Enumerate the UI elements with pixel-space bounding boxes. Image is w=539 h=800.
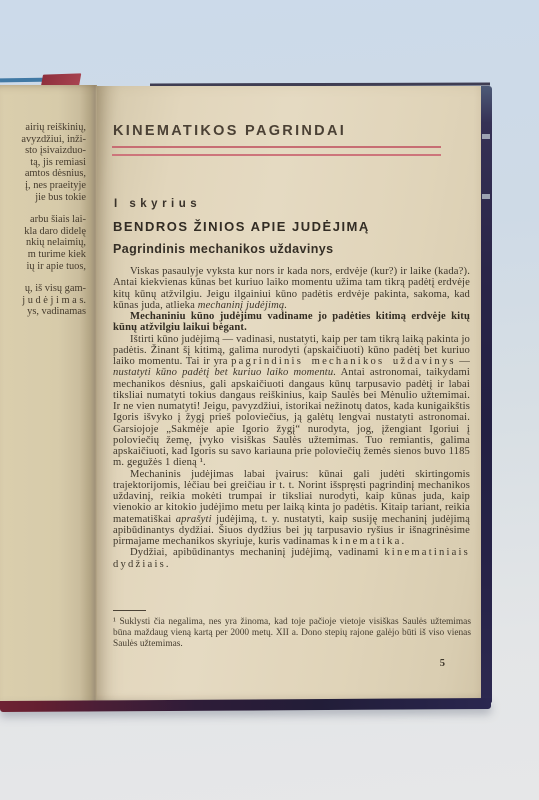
footnote-separator — [113, 610, 146, 611]
paragraph-segment: . — [402, 536, 405, 547]
left-page-text-fragment: ys, vadinamas — [0, 306, 86, 318]
paragraph: Mechaniniu kūno judėjimu vadiname jo pad… — [113, 311, 470, 334]
book-cover-edge-bottom — [0, 698, 491, 712]
left-page-text: airių reiškinių,avyzdžiui, inži-sto įsiv… — [0, 122, 86, 318]
paragraph-segment: Viskas pasaulyje vyksta kur nors ir kada… — [113, 266, 470, 311]
paragraph-segment: . — [166, 559, 169, 570]
paragraph-segment: Dydžiai, apibūdinantys mechaninį judėjim… — [130, 547, 384, 558]
left-page-text-fragment: arbu šiais lai- — [0, 214, 86, 226]
paragraph-segment: Mechaniniu kūno judėjimu vadiname jo pad… — [113, 311, 470, 333]
paragraph-segment: kinematika — [332, 536, 401, 547]
left-page: airių reiškinių,avyzdžiui, inži-sto įsiv… — [0, 85, 97, 705]
section-heading: Pagrindinis mechanikos uždavinys — [113, 242, 334, 256]
paragraph: Viskas pasaulyje vyksta kur nors ir kada… — [113, 266, 470, 311]
cover-edge-highlight — [482, 134, 490, 139]
paragraph-segment: mechaninį judėjimą. — [198, 300, 287, 311]
paragraph-segment: Antai astronomai, taikydami mechanikos d… — [113, 367, 470, 468]
paragraph: Dydžiai, apibūdinantys mechaninį judėjim… — [113, 547, 470, 570]
cover-edge-highlight — [482, 194, 490, 199]
left-page-text-fragment: nkių nelaimių, — [0, 237, 86, 249]
left-page-text-fragment: ų, iš visų gam- — [0, 283, 86, 295]
left-page-text-fragment: avyzdžiui, inži- — [0, 134, 86, 146]
left-page-text-fragment: kla daro didelę — [0, 226, 86, 238]
left-page-text-fragment: sto įsivaizduo- — [0, 145, 86, 157]
left-page-text-fragment: ių ir apie tuos, — [0, 261, 86, 273]
body-text: Viskas pasaulyje vyksta kur nors ir kada… — [113, 266, 470, 570]
title-underline — [112, 146, 441, 156]
left-page-text-fragment: m turime kiek — [0, 249, 86, 261]
left-page-text-fragment: tą, jis remiasi — [0, 157, 86, 169]
chapter-heading: BENDROS ŽINIOS APIE JUDĖJIMĄ — [113, 219, 370, 234]
paragraph-segment: — — [456, 356, 470, 367]
photo-of-open-book: airių reiškinių,avyzdžiui, inži-sto įsiv… — [0, 0, 539, 800]
right-page: KINEMATIKOS PAGRINDAI I skyrius BENDROS … — [97, 86, 481, 702]
footnote-text: ¹ Suklysti čia negalima, nes yra žinoma,… — [113, 617, 471, 650]
left-page-text-fragment: j u d ė j i m a s. — [0, 295, 86, 307]
left-page-text-gap — [0, 203, 86, 214]
left-page-text-fragment: į, nes praeityje — [0, 180, 86, 192]
left-page-text-gap — [0, 272, 86, 283]
left-page-text-fragment: airių reiškinių, — [0, 122, 86, 134]
chapter-label: I skyrius — [114, 198, 201, 210]
left-page-text-fragment: jie bus tokie — [0, 192, 86, 204]
paragraph-segment: nustatyti kūno padėtį bet kuriuo laiko m… — [113, 367, 336, 378]
page-title: KINEMATIKOS PAGRINDAI — [113, 124, 346, 139]
paragraph: Mechaninis judėjimas labai įvairus: kūna… — [113, 469, 470, 548]
book-cover-edge-right — [481, 86, 492, 703]
paragraph: Ištirti kūno judėjimą — vadinasi, nustat… — [113, 334, 470, 469]
left-page-text-fragment: amtos dėsnius, — [0, 168, 86, 180]
paragraph-segment: pagrindinis mechanikos uždavinys — [231, 356, 456, 367]
page-number: 5 — [440, 658, 445, 669]
paragraph-segment: aprašyti — [176, 514, 212, 525]
